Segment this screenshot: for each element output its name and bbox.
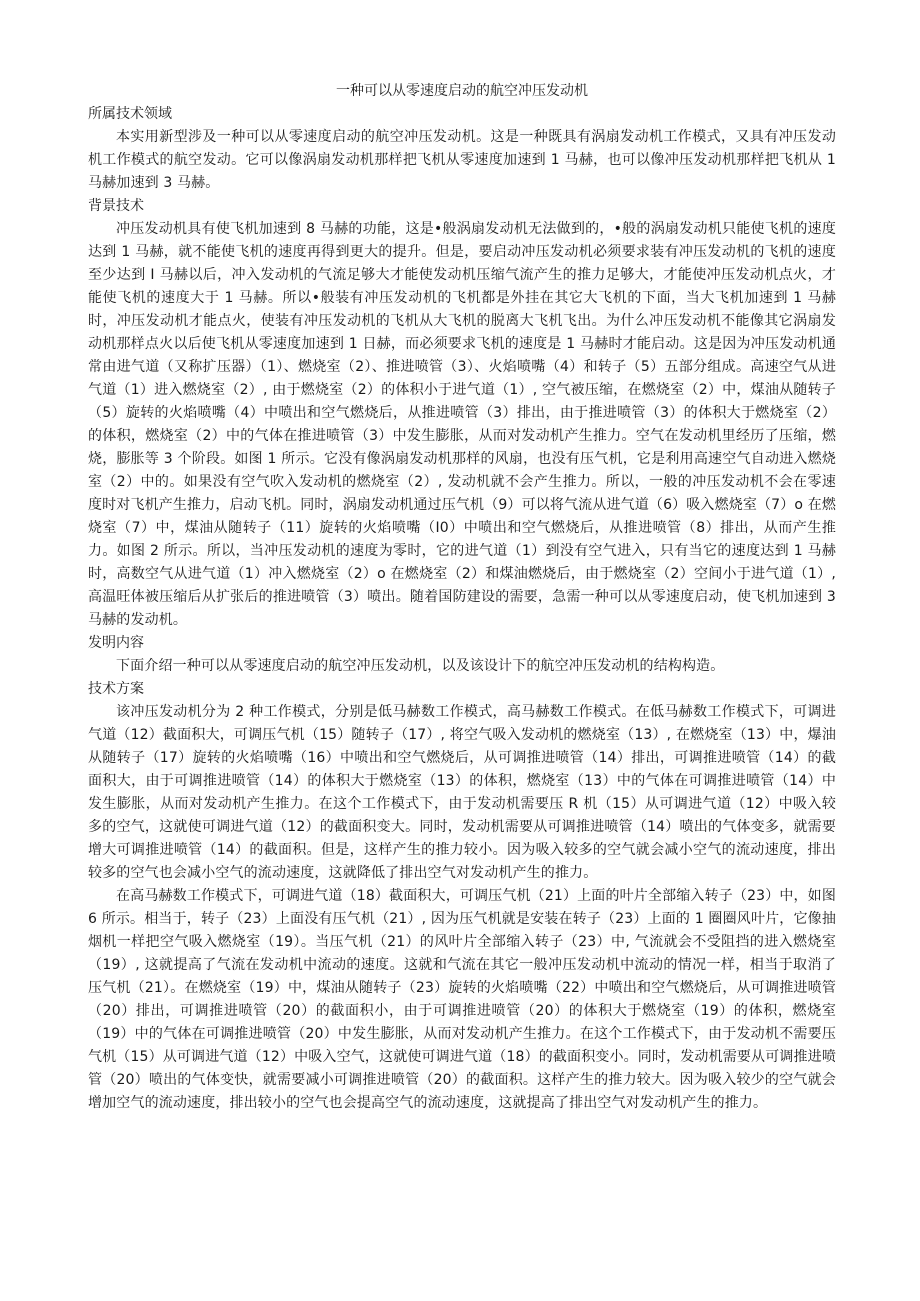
section-background: 背景技术 冲压发动机具有使飞机加速到 8 马赫的功能，这是•般涡扇发动机无法做到… bbox=[88, 195, 836, 632]
paragraph: 在高马赫数工作模式下，可调进气道（18）截面积大，可调压气机（21）上面的叶片全… bbox=[88, 885, 836, 1115]
section-invention-content: 发明内容 下面介绍一种可以从零速度启动的航空冲压发动机，以及该设计下的航空冲压发… bbox=[88, 632, 836, 678]
paragraph: 下面介绍一种可以从零速度启动的航空冲压发动机，以及该设计下的航空冲压发动机的结构… bbox=[88, 655, 836, 678]
section-heading: 技术方案 bbox=[88, 678, 836, 701]
paragraph: 该冲压发动机分为 2 种工作模式，分别是低马赫数工作模式，高马赫数工作模式。在低… bbox=[88, 701, 836, 885]
section-technical-field: 所属技术领域 本实用新型涉及一种可以从零速度启动的航空冲压发动机。这是一种既具有… bbox=[88, 103, 836, 195]
section-heading: 发明内容 bbox=[88, 632, 836, 655]
paragraph: 本实用新型涉及一种可以从零速度启动的航空冲压发动机。这是一种既具有涡扇发动机工作… bbox=[88, 126, 836, 195]
section-heading: 所属技术领域 bbox=[88, 103, 836, 126]
section-technical-solution: 技术方案 该冲压发动机分为 2 种工作模式，分别是低马赫数工作模式，高马赫数工作… bbox=[88, 678, 836, 1115]
section-heading: 背景技术 bbox=[88, 195, 836, 218]
paragraph: 冲压发动机具有使飞机加速到 8 马赫的功能，这是•般涡扇发动机无法做到的，•般的… bbox=[88, 218, 836, 632]
document-page: 一种可以从零速度启动的航空冲压发动机 所属技术领域 本实用新型涉及一种可以从零速… bbox=[88, 80, 836, 1115]
document-title: 一种可以从零速度启动的航空冲压发动机 bbox=[88, 80, 836, 103]
